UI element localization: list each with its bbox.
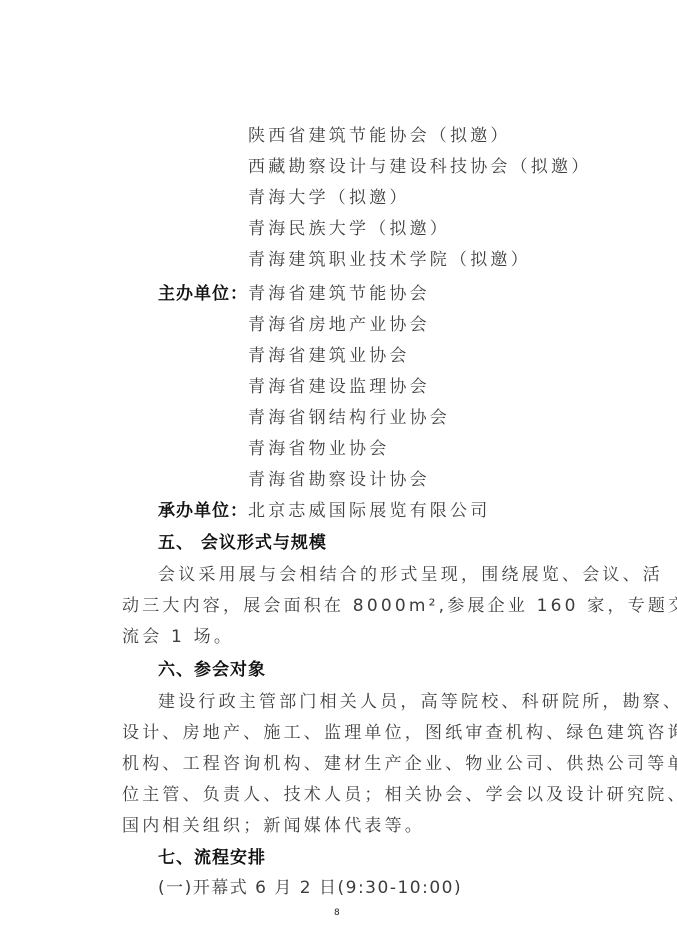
organizer-item: 青海省建设监理协会 <box>248 377 430 397</box>
supporting-unit-item: 陕西省建筑节能协会（拟邀） <box>248 126 511 146</box>
undertaker-value: 北京志威国际展览有限公司 <box>248 501 490 521</box>
organizer-item: 青海省物业协会 <box>248 439 389 459</box>
organizer-item: 青海省勘察设计协会 <box>248 470 430 490</box>
supporting-unit-item: 青海大学（拟邀） <box>248 188 410 208</box>
supporting-unit-item: 青海建筑职业技术学院（拟邀） <box>248 250 531 270</box>
paragraph-line: 动三大内容，展会面积在 8000m²,参展企业 160 家，专题交 <box>122 596 677 616</box>
paragraph-line: 设计、房地产、施工、监理单位，图纸审查机构、绿色建筑咨询 <box>122 723 677 743</box>
paragraph-line: 会议采用展与会相结合的形式呈现，围绕展览、会议、活 <box>158 565 663 585</box>
section-heading-schedule: 七、流程安排 <box>158 848 266 868</box>
paragraph-line: 国内相关组织；新闻媒体代表等。 <box>122 816 425 836</box>
organizer-item: 青海省钢结构行业协会 <box>248 408 450 428</box>
page-number: 8 <box>334 908 340 918</box>
supporting-unit-item: 西藏勘察设计与建设科技协会（拟邀） <box>248 157 591 177</box>
organizer-item: 青海省建筑业协会 <box>248 346 410 366</box>
organizer-item: 青海省房地产业协会 <box>248 315 430 335</box>
document-page: 陕西省建筑节能协会（拟邀） 西藏勘察设计与建设科技协会（拟邀） 青海大学（拟邀）… <box>0 0 677 946</box>
paragraph-line: 建设行政主管部门相关人员，高等院校、科研院所，勘察、 <box>158 692 677 712</box>
section-heading-attendees: 六、参会对象 <box>158 660 266 680</box>
organizers-label: 主办单位： <box>158 284 248 304</box>
supporting-unit-item: 青海民族大学（拟邀） <box>248 219 450 239</box>
undertaker-label: 承办单位： <box>158 501 248 521</box>
paragraph-line: 机构、工程咨询机构、建材生产企业、物业公司、供热公司等单 <box>122 754 677 774</box>
organizer-item: 青海省建筑节能协会 <box>248 284 430 304</box>
section-heading-format-scale: 五、 会议形式与规模 <box>158 533 327 553</box>
paragraph-line: 位主管、负责人、技术人员；相关协会、学会以及设计研究院、 <box>122 785 677 805</box>
schedule-item-opening: (一)开幕式 6 月 2 日(9:30-10:00) <box>158 878 462 898</box>
paragraph-line: 流会 1 场。 <box>122 627 234 647</box>
